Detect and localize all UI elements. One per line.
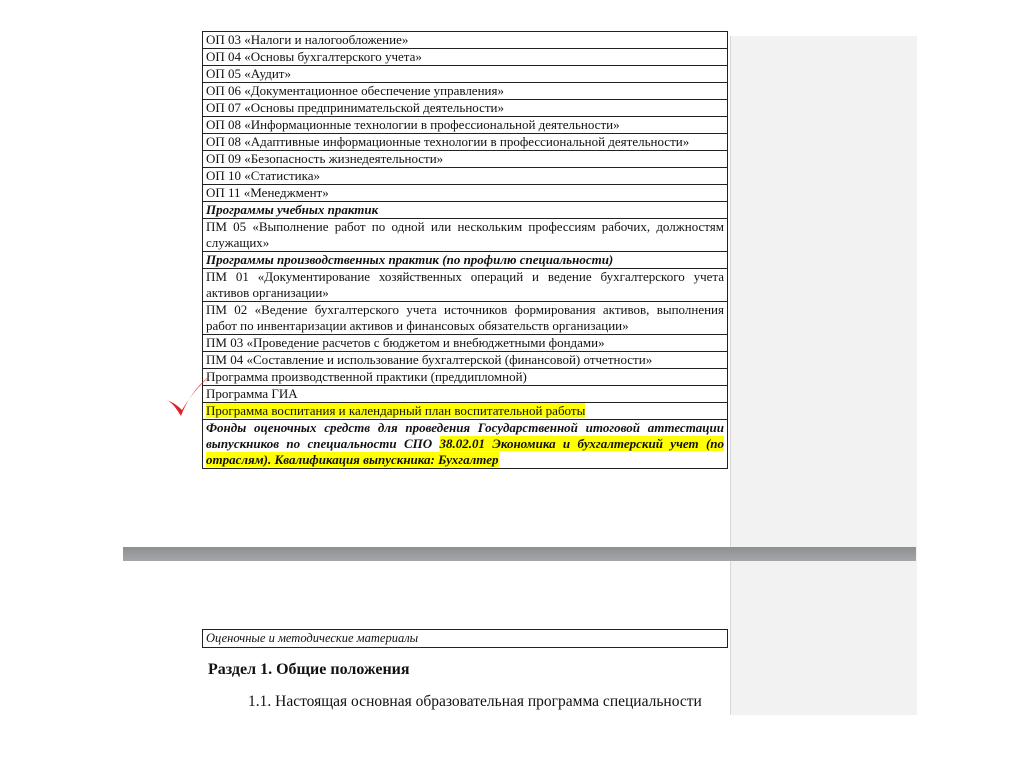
table-row: ОП 03 «Налоги и налогообложение» [203,32,728,49]
table-row: Программы учебных практик [203,202,728,219]
program-cell: ОП 04 «Основы бухгалтерского учета» [203,49,728,66]
page-break-gap [123,547,916,561]
table-row: ОП 08 «Адаптивные информационные техноло… [203,134,728,151]
side-panel [730,36,917,715]
program-cell: ПМ 03 «Проведение расчетов с бюджетом и … [203,335,728,352]
table-row: Программы производственных практик (по п… [203,252,728,269]
table-row: ОП 08 «Информационные технологии в профе… [203,117,728,134]
table-row: Оценочные и методические материалы [203,630,728,648]
materials-table: Оценочные и методические материалы [202,629,728,648]
highlighted-text: Программа воспитания и календарный план … [206,403,585,418]
program-cell: Программа воспитания и календарный план … [203,403,728,420]
table-row: Программа производственной практики (пре… [203,369,728,386]
paragraph: 1.1. Настоящая основная образовательная … [248,693,702,711]
table-row: ОП 05 «Аудит» [203,66,728,83]
table-row: Программа ГИА [203,386,728,403]
table-row: ПМ 05 «Выполнение работ по одной или нес… [203,219,728,252]
materials-cell: Оценочные и методические материалы [203,630,728,648]
table-row: ОП 11 «Менеджмент» [203,185,728,202]
program-cell: ПМ 01 «Документирование хозяйственных оп… [203,269,728,302]
table-row: ПМ 02 «Ведение бухгалтерского учета исто… [203,302,728,335]
program-cell: ОП 09 «Безопасность жизнедеятельности» [203,151,728,168]
program-cell: ОП 08 «Информационные технологии в профе… [203,117,728,134]
program-cell: ПМ 05 «Выполнение работ по одной или нес… [203,219,728,252]
program-cell: ОП 11 «Менеджмент» [203,185,728,202]
program-cell: ОП 07 «Основы предпринимательской деятел… [203,100,728,117]
program-cell: Программа ГИА [203,386,728,403]
programs-table: ОП 03 «Налоги и налогообложение»ОП 04 «О… [202,31,728,469]
table-row: ПМ 03 «Проведение расчетов с бюджетом и … [203,335,728,352]
program-cell: ОП 03 «Налоги и налогообложение» [203,32,728,49]
table-row: ОП 04 «Основы бухгалтерского учета» [203,49,728,66]
program-cell: ОП 08 «Адаптивные информационные техноло… [203,134,728,151]
section-heading: Раздел 1. Общие положения [208,661,410,679]
program-cell: ОП 10 «Статистика» [203,168,728,185]
table-row: ОП 09 «Безопасность жизнедеятельности» [203,151,728,168]
program-cell: ПМ 02 «Ведение бухгалтерского учета исто… [203,302,728,335]
table-row: ОП 07 «Основы предпринимательской деятел… [203,100,728,117]
section-heading-cell: Программы производственных практик (по п… [203,252,728,269]
section-heading-cell: Программы учебных практик [203,202,728,219]
program-cell: ОП 06 «Документационное обеспечение упра… [203,83,728,100]
program-cell: Программа производственной практики (пре… [203,369,728,386]
program-cell: ОП 05 «Аудит» [203,66,728,83]
checkmark-icon [164,372,214,420]
program-cell: ПМ 04 «Составление и использование бухга… [203,352,728,369]
table-row: ПМ 01 «Документирование хозяйственных оп… [203,269,728,302]
table-row: Фонды оценочных средств для проведения Г… [203,420,728,469]
table-row: Программа воспитания и календарный план … [203,403,728,420]
table-row: ОП 10 «Статистика» [203,168,728,185]
table-row: ПМ 04 «Составление и использование бухга… [203,352,728,369]
assessment-funds-cell: Фонды оценочных средств для проведения Г… [203,420,728,469]
table-row: ОП 06 «Документационное обеспечение упра… [203,83,728,100]
